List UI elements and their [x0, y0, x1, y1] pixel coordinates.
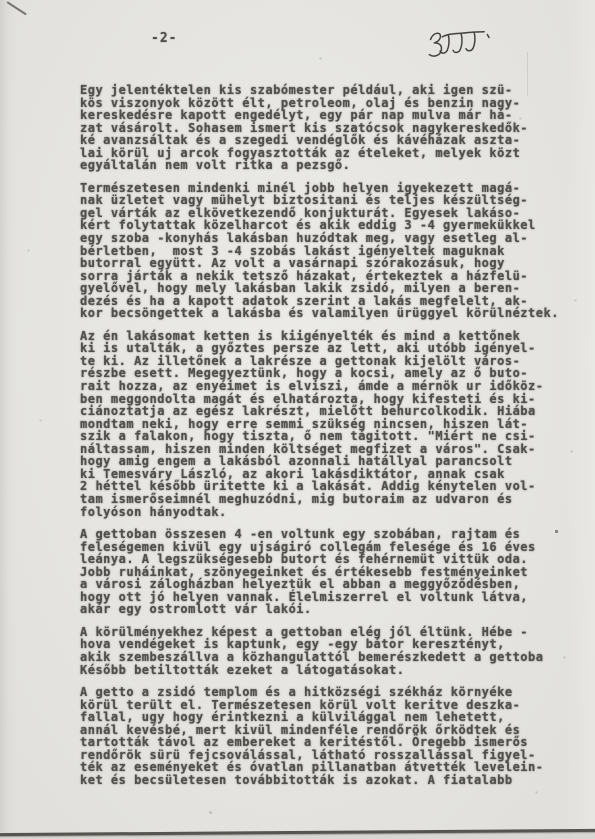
typewritten-text: Egy jelentéktelen kis szabómester példáu… — [80, 84, 580, 796]
paragraph: A getto a zsidó templom és a hitközségi … — [80, 686, 580, 786]
paragraph: A körülményekhez képest a gettoban elég … — [80, 626, 580, 676]
handwritten-mark — [423, 24, 497, 72]
page-number: -2- — [151, 31, 177, 46]
paragraph: Az én lakásomat ketten is kiigényelték é… — [80, 330, 580, 518]
handwritten-3555-strokes — [423, 24, 497, 72]
paragraphs: Egy jelentéktelen kis szabómester példáu… — [80, 84, 580, 786]
scan-noise — [0, 0, 1, 1]
paragraph: A gettoban összesen 4 -en voltunk egy sz… — [80, 528, 580, 616]
corner-crease — [6, 1, 26, 15]
paragraph: Egy jelentéktelen kis szabómester példáu… — [80, 84, 580, 172]
paragraph: Természetesen mindenki minél jobb helyen… — [80, 182, 580, 320]
scanned-page: -2- Egy jelentéktelen kis szabómester pé… — [0, 0, 595, 839]
